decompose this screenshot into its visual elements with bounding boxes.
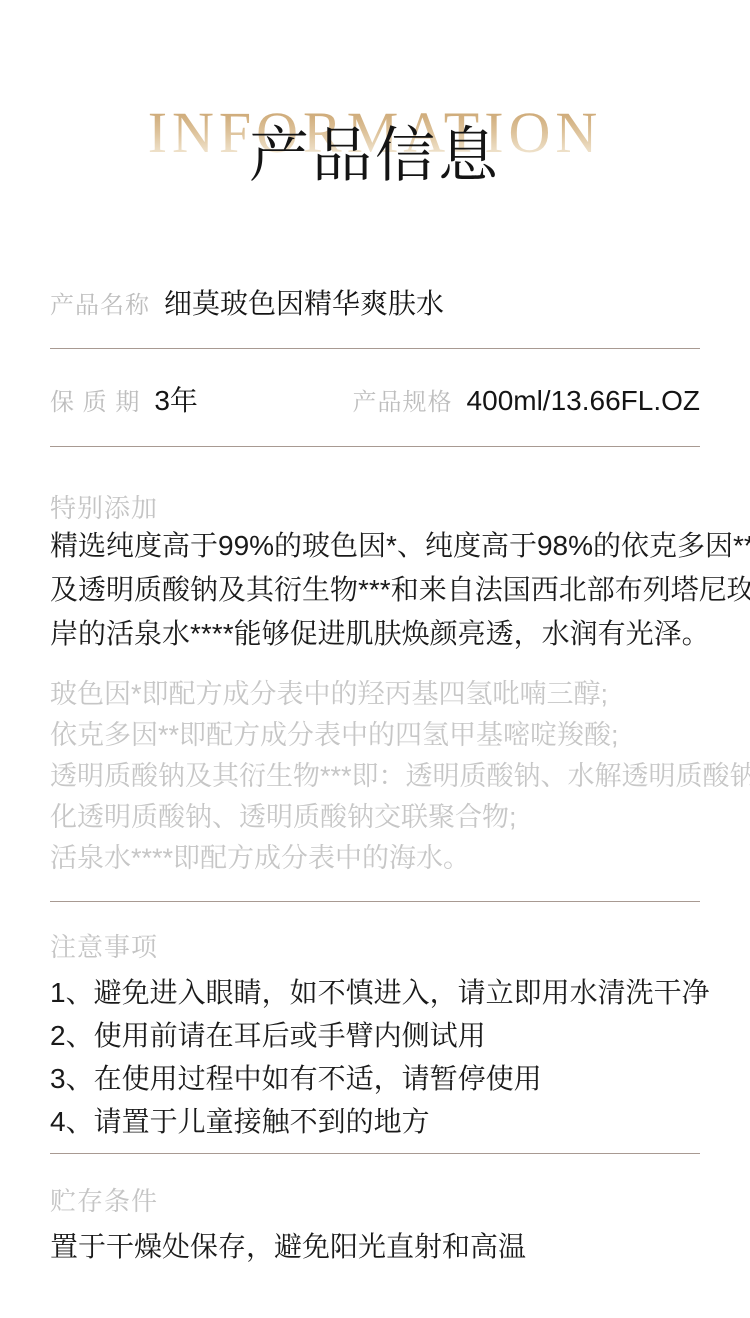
text-line: 置于干燥处保存，避免阳光直射和高温 <box>50 1226 700 1268</box>
footnote-line: 透明质酸钠及其衍生物***即：透明质酸钠、水解透明质酸钠、乙酰 <box>50 756 700 797</box>
special-additions-label: 特别添加 <box>50 493 700 524</box>
footnote-line: 活泉水****即配方成分表中的海水。 <box>50 838 700 879</box>
precaution-item: 2、使用前请在耳后或手臂内侧试用 <box>50 1014 700 1057</box>
page-header: INFORMATION 产品信息 <box>0 0 750 186</box>
text-line: 岸的活泉水****能够促进肌肤焕颜亮透，水润有光泽。 <box>50 612 700 656</box>
special-additions-section: 特别添加 精选纯度高于99%的玻色因*、纯度高于98%的依克多因**、以 及透明… <box>50 493 700 879</box>
shelf-life-value: 3年 <box>154 379 198 419</box>
precautions-list: 1、避免进入眼睛，如不慎进入，请立即用水清洗干净 2、使用前请在耳后或手臂内侧试… <box>50 971 700 1143</box>
product-name-label: 产品名称 <box>50 285 150 320</box>
shelf-life-label: 保 质 期 <box>50 382 140 417</box>
precaution-item: 1、避免进入眼睛，如不慎进入，请立即用水清洗干净 <box>50 971 700 1014</box>
spec-pair: 产品规格 400ml/13.66FL.OZ <box>353 382 700 417</box>
shelf-life-pair: 保 质 期 3年 <box>50 379 198 419</box>
product-name-value: 细莫玻色因精华爽肤水 <box>164 282 444 322</box>
precautions-section: 注意事项 1、避免进入眼睛，如不慎进入，请立即用水清洗干净 2、使用前请在耳后或… <box>50 932 700 1143</box>
special-additions-text: 精选纯度高于99%的玻色因*、纯度高于98%的依克多因**、以 及透明质酸钠及其… <box>50 524 700 656</box>
product-info-page: INFORMATION 产品信息 产品名称 细莫玻色因精华爽肤水 保 质 期 3… <box>0 0 750 1318</box>
precautions-label: 注意事项 <box>50 932 700 963</box>
footnote-line: 化透明质酸钠、透明质酸钠交联聚合物; <box>50 797 700 838</box>
storage-section: 贮存条件 置于干燥处保存，避免阳光直射和高温 <box>50 1186 700 1267</box>
divider <box>50 348 700 349</box>
divider <box>50 446 700 447</box>
text-line: 及透明质酸钠及其衍生物***和来自法国西北部布列塔尼玫瑰海 <box>50 568 700 612</box>
footnote-line: 依克多因**即配方成分表中的四氢甲基嘧啶羧酸; <box>50 715 700 756</box>
content-area: 产品名称 细莫玻色因精华爽肤水 保 质 期 3年 产品规格 400ml/13.6… <box>0 282 750 1268</box>
product-name-row: 产品名称 细莫玻色因精华爽肤水 <box>50 282 700 322</box>
precaution-item: 3、在使用过程中如有不适，请暂停使用 <box>50 1057 700 1100</box>
ingredient-footnotes: 玻色因*即配方成分表中的羟丙基四氢吡喃三醇; 依克多因**即配方成分表中的四氢甲… <box>50 674 700 879</box>
footnote-line: 玻色因*即配方成分表中的羟丙基四氢吡喃三醇; <box>50 674 700 715</box>
storage-text: 置于干燥处保存，避免阳光直射和高温 <box>50 1226 700 1268</box>
shelf-life-spec-row: 保 质 期 3年 产品规格 400ml/13.66FL.OZ <box>50 379 700 419</box>
divider <box>50 1153 700 1154</box>
text-line: 精选纯度高于99%的玻色因*、纯度高于98%的依克多因**、以 <box>50 524 700 568</box>
storage-label: 贮存条件 <box>50 1186 700 1217</box>
divider <box>50 901 700 902</box>
spec-value: 400ml/13.66FL.OZ <box>467 385 700 417</box>
spec-label: 产品规格 <box>353 382 453 417</box>
precaution-item: 4、请置于儿童接触不到的地方 <box>50 1100 700 1143</box>
page-title: 产品信息 <box>0 126 750 186</box>
